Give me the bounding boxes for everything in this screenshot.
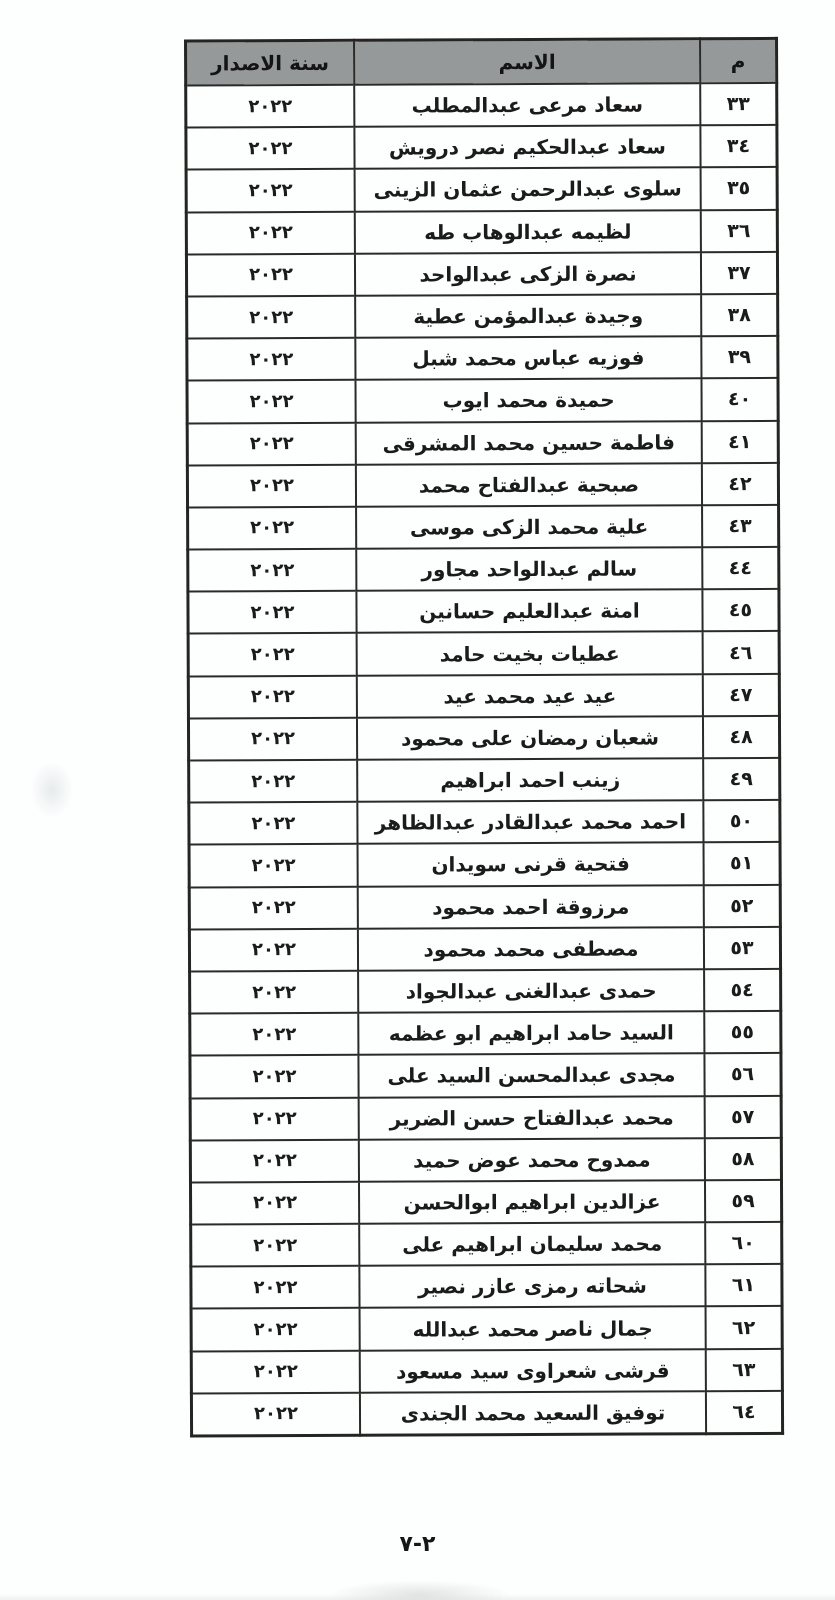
- serial-cell: ٣٨: [701, 294, 778, 337]
- year-cell: ٢٠٢٢: [190, 1013, 359, 1056]
- serial-cell: ٤٦: [703, 631, 780, 674]
- name-cell: امنة عبدالعليم حسانين: [356, 590, 702, 634]
- name-cell: شحاته رمزى عازر نصير: [359, 1265, 705, 1309]
- serial-cell: ٣٥: [701, 167, 778, 210]
- year-cell: ٢٠٢٢: [191, 1308, 360, 1351]
- table-row: ٤٩زينب احمد ابراهيم٢٠٢٢: [189, 758, 780, 803]
- serial-cell: ٦٣: [706, 1349, 783, 1392]
- name-cell: عيد عيد محمد عيد: [357, 674, 703, 718]
- table-row: ٤٦عطيات بخيت حامد٢٠٢٢: [188, 631, 779, 676]
- serial-cell: ٤٨: [703, 716, 780, 759]
- name-cell: مرزوقة احمد محمود: [358, 885, 704, 929]
- roster-table: م الاسم سنة الاصدار ٣٣سعاد مرعى عبدالمطل…: [184, 37, 784, 1438]
- col-header-serial: م: [700, 38, 777, 83]
- table-row: ٣٥سلوى عبدالرحمن عثمان الزينى٢٠٢٢: [186, 167, 777, 212]
- name-cell: علية محمد الزكى موسى: [356, 505, 702, 549]
- name-cell: شعبان رمضان على محمود: [357, 716, 703, 760]
- name-cell: قرشى شعراوى سيد مسعود: [360, 1349, 706, 1393]
- table-row: ٤٨شعبان رمضان على محمود٢٠٢٢: [188, 716, 779, 761]
- year-cell: ٢٠٢٢: [187, 422, 356, 465]
- year-cell: ٢٠٢٢: [189, 929, 358, 972]
- table-row: ٦٣قرشى شعراوى سيد مسعود٢٠٢٢: [191, 1349, 782, 1394]
- serial-cell: ٦٢: [706, 1306, 783, 1349]
- year-cell: ٢٠٢٢: [188, 633, 357, 676]
- table-row: ٤٧عيد عيد محمد عيد٢٠٢٢: [188, 674, 779, 719]
- name-cell: لظيمه عبدالوهاب طه: [355, 210, 701, 254]
- name-cell: نصرة الزكى عبدالواحد: [355, 252, 701, 296]
- name-cell: وجيدة عبدالمؤمن عطية: [355, 294, 701, 338]
- serial-cell: ٥٠: [703, 800, 780, 843]
- table-row: ٥٠احمد محمد عبدالقادر عبدالظاهر٢٠٢٢: [189, 800, 780, 845]
- serial-cell: ٥٤: [704, 969, 781, 1012]
- name-cell: حمدى عبدالغنى عبدالجواد: [358, 969, 704, 1013]
- name-cell: مجدى عبدالمحسن السيد على: [358, 1054, 704, 1098]
- serial-cell: ٥٨: [705, 1138, 782, 1181]
- table-row: ٤٥امنة عبدالعليم حسانين٢٠٢٢: [188, 589, 779, 634]
- col-header-year: سنة الاصدار: [186, 40, 355, 85]
- year-cell: ٢٠٢٢: [186, 127, 355, 170]
- table-row: ٣٤سعاد عبدالحكيم نصر درويش٢٠٢٢: [186, 125, 777, 170]
- table-row: ٤٤سالم عبدالواحد مجاور٢٠٢٢: [188, 547, 779, 592]
- table-row: ٦١شحاته رمزى عازر نصير٢٠٢٢: [191, 1264, 782, 1309]
- year-cell: ٢٠٢٢: [186, 169, 355, 212]
- table-row: ٤١فاطمة حسين محمد المشرقى٢٠٢٢: [187, 420, 778, 465]
- name-cell: فاطمة حسين محمد المشرقى: [356, 421, 702, 465]
- table-row: ٣٣سعاد مرعى عبدالمطلب٢٠٢٢: [186, 83, 777, 128]
- name-cell: مصطفى محمد محمود: [358, 927, 704, 971]
- year-cell: ٢٠٢٢: [187, 464, 356, 507]
- year-cell: ٢٠٢٢: [186, 85, 355, 128]
- table-row: ٥١فتحية قرنى سويدان٢٠٢٢: [189, 842, 780, 887]
- name-cell: فوزيه عباس محمد شبل: [355, 336, 701, 380]
- table-row: ٥٥السيد حامد ابراهيم ابو عظمه٢٠٢٢: [190, 1011, 781, 1056]
- year-cell: ٢٠٢٢: [188, 507, 357, 550]
- table-row: ٣٧نصرة الزكى عبدالواحد٢٠٢٢: [186, 252, 777, 297]
- year-cell: ٢٠٢٢: [188, 591, 357, 634]
- year-cell: ٢٠٢٢: [190, 971, 359, 1014]
- year-cell: ٢٠٢٢: [190, 1055, 359, 1098]
- serial-cell: ٤٠: [701, 378, 778, 421]
- year-cell: ٢٠٢٢: [191, 1224, 360, 1267]
- serial-cell: ٣٣: [700, 83, 777, 126]
- table-row: ٤٠حميدة محمد ايوب٢٠٢٢: [187, 378, 778, 423]
- table-row: ٦٠محمد سليمان ابراهيم على٢٠٢٢: [191, 1222, 782, 1267]
- serial-cell: ٦٤: [706, 1391, 783, 1434]
- scanned-document-page: { "document": { "direction": "rtl", "col…: [0, 0, 835, 1600]
- year-cell: ٢٠٢٢: [191, 1266, 360, 1309]
- year-cell: ٢٠٢٢: [190, 1139, 359, 1182]
- serial-cell: ٣٧: [701, 252, 778, 295]
- table-row: ٣٨وجيدة عبدالمؤمن عطية٢٠٢٢: [187, 294, 778, 339]
- year-cell: ٢٠٢٢: [188, 549, 357, 592]
- serial-cell: ٥١: [704, 842, 781, 885]
- name-cell: توفيق السعيد محمد الجندى: [360, 1391, 706, 1435]
- header-row: م الاسم سنة الاصدار: [186, 38, 777, 85]
- table-row: ٥٢مرزوقة احمد محمود٢٠٢٢: [189, 884, 780, 929]
- year-cell: ٢٠٢٢: [189, 760, 358, 803]
- table-row: ٥٤حمدى عبدالغنى عبدالجواد٢٠٢٢: [190, 969, 781, 1014]
- year-cell: ٢٠٢٢: [186, 254, 355, 297]
- table-row: ٥٩عزالدين ابراهيم ابوالحسن٢٠٢٢: [190, 1180, 781, 1225]
- year-cell: ٢٠٢٢: [190, 1182, 359, 1225]
- serial-cell: ٥٩: [705, 1180, 782, 1223]
- name-cell: جمال ناصر محمد عبدالله: [360, 1307, 706, 1351]
- name-cell: السيد حامد ابراهيم ابو عظمه: [358, 1011, 704, 1055]
- serial-cell: ٥٥: [704, 1011, 781, 1054]
- name-cell: زينب احمد ابراهيم: [357, 758, 703, 802]
- name-cell: محمد سليمان ابراهيم على: [359, 1222, 705, 1266]
- table-row: ٥٧محمد عبدالفتاح حسن الضرير٢٠٢٢: [190, 1095, 781, 1140]
- year-cell: ٢٠٢٢: [188, 675, 357, 718]
- table-row: ٣٦لظيمه عبدالوهاب طه٢٠٢٢: [186, 209, 777, 254]
- name-cell: سالم عبدالواحد مجاور: [356, 547, 702, 591]
- col-header-name: الاسم: [354, 39, 700, 85]
- serial-cell: ٥٢: [704, 884, 781, 927]
- table-row: ٦٢جمال ناصر محمد عبدالله٢٠٢٢: [191, 1306, 782, 1351]
- serial-cell: ٤٣: [702, 505, 779, 548]
- name-cell: ممدوح محمد عوض حميد: [359, 1138, 705, 1182]
- roster-table-container: م الاسم سنة الاصدار ٣٣سعاد مرعى عبدالمطل…: [184, 37, 766, 1438]
- year-cell: ٢٠٢٢: [190, 1097, 359, 1140]
- year-cell: ٢٠٢٢: [187, 380, 356, 423]
- serial-cell: ٣٩: [701, 336, 778, 379]
- name-cell: سلوى عبدالرحمن عثمان الزينى: [355, 168, 701, 212]
- table-row: ٤٣علية محمد الزكى موسى٢٠٢٢: [188, 505, 779, 550]
- year-cell: ٢٠٢٢: [191, 1350, 360, 1393]
- table-row: ٦٤توفيق السعيد محمد الجندى٢٠٢٢: [191, 1391, 782, 1436]
- name-cell: صبحية عبدالفتاح محمد: [356, 463, 702, 507]
- year-cell: ٢٠٢٢: [189, 802, 358, 845]
- year-cell: ٢٠٢٢: [187, 296, 356, 339]
- serial-cell: ٤١: [702, 420, 779, 463]
- name-cell: فتحية قرنى سويدان: [358, 843, 704, 887]
- table-row: ٥٦مجدى عبدالمحسن السيد على٢٠٢٢: [190, 1053, 781, 1098]
- serial-cell: ٤٤: [702, 547, 779, 590]
- name-cell: محمد عبدالفتاح حسن الضرير: [359, 1096, 705, 1140]
- serial-cell: ٤٢: [702, 463, 779, 506]
- serial-cell: ٣٤: [700, 125, 777, 168]
- year-cell: ٢٠٢٢: [187, 338, 356, 381]
- table-row: ٥٣مصطفى محمد محمود٢٠٢٢: [189, 927, 780, 972]
- serial-cell: ٣٦: [701, 209, 778, 252]
- serial-cell: ٤٩: [703, 758, 780, 801]
- table-row: ٥٨ممدوح محمد عوض حميد٢٠٢٢: [190, 1138, 781, 1183]
- serial-cell: ٥٣: [704, 927, 781, 970]
- name-cell: حميدة محمد ايوب: [355, 379, 701, 423]
- name-cell: عطيات بخيت حامد: [357, 632, 703, 676]
- serial-cell: ٥٦: [704, 1053, 781, 1096]
- roster-table-header: م الاسم سنة الاصدار: [186, 38, 777, 85]
- name-cell: عزالدين ابراهيم ابوالحسن: [359, 1180, 705, 1224]
- year-cell: ٢٠٢٢: [186, 211, 355, 254]
- table-row: ٤٢صبحية عبدالفتاح محمد٢٠٢٢: [187, 463, 778, 508]
- year-cell: ٢٠٢٢: [191, 1393, 360, 1436]
- roster-table-body: ٣٣سعاد مرعى عبدالمطلب٢٠٢٢٣٤سعاد عبدالحكي…: [186, 83, 783, 1436]
- serial-cell: ٦٠: [705, 1222, 782, 1265]
- year-cell: ٢٠٢٢: [188, 718, 357, 761]
- year-cell: ٢٠٢٢: [189, 886, 358, 929]
- page-number: ٧-٢: [0, 1532, 835, 1557]
- table-row: ٣٩فوزيه عباس محمد شبل٢٠٢٢: [187, 336, 778, 381]
- name-cell: سعاد عبدالحكيم نصر درويش: [354, 125, 700, 169]
- serial-cell: ٤٥: [702, 589, 779, 632]
- year-cell: ٢٠٢٢: [189, 844, 358, 887]
- serial-cell: ٤٧: [703, 674, 780, 717]
- name-cell: سعاد مرعى عبدالمطلب: [354, 83, 700, 127]
- serial-cell: ٥٧: [705, 1095, 782, 1138]
- serial-cell: ٦١: [705, 1264, 782, 1307]
- name-cell: احمد محمد عبدالقادر عبدالظاهر: [357, 800, 703, 844]
